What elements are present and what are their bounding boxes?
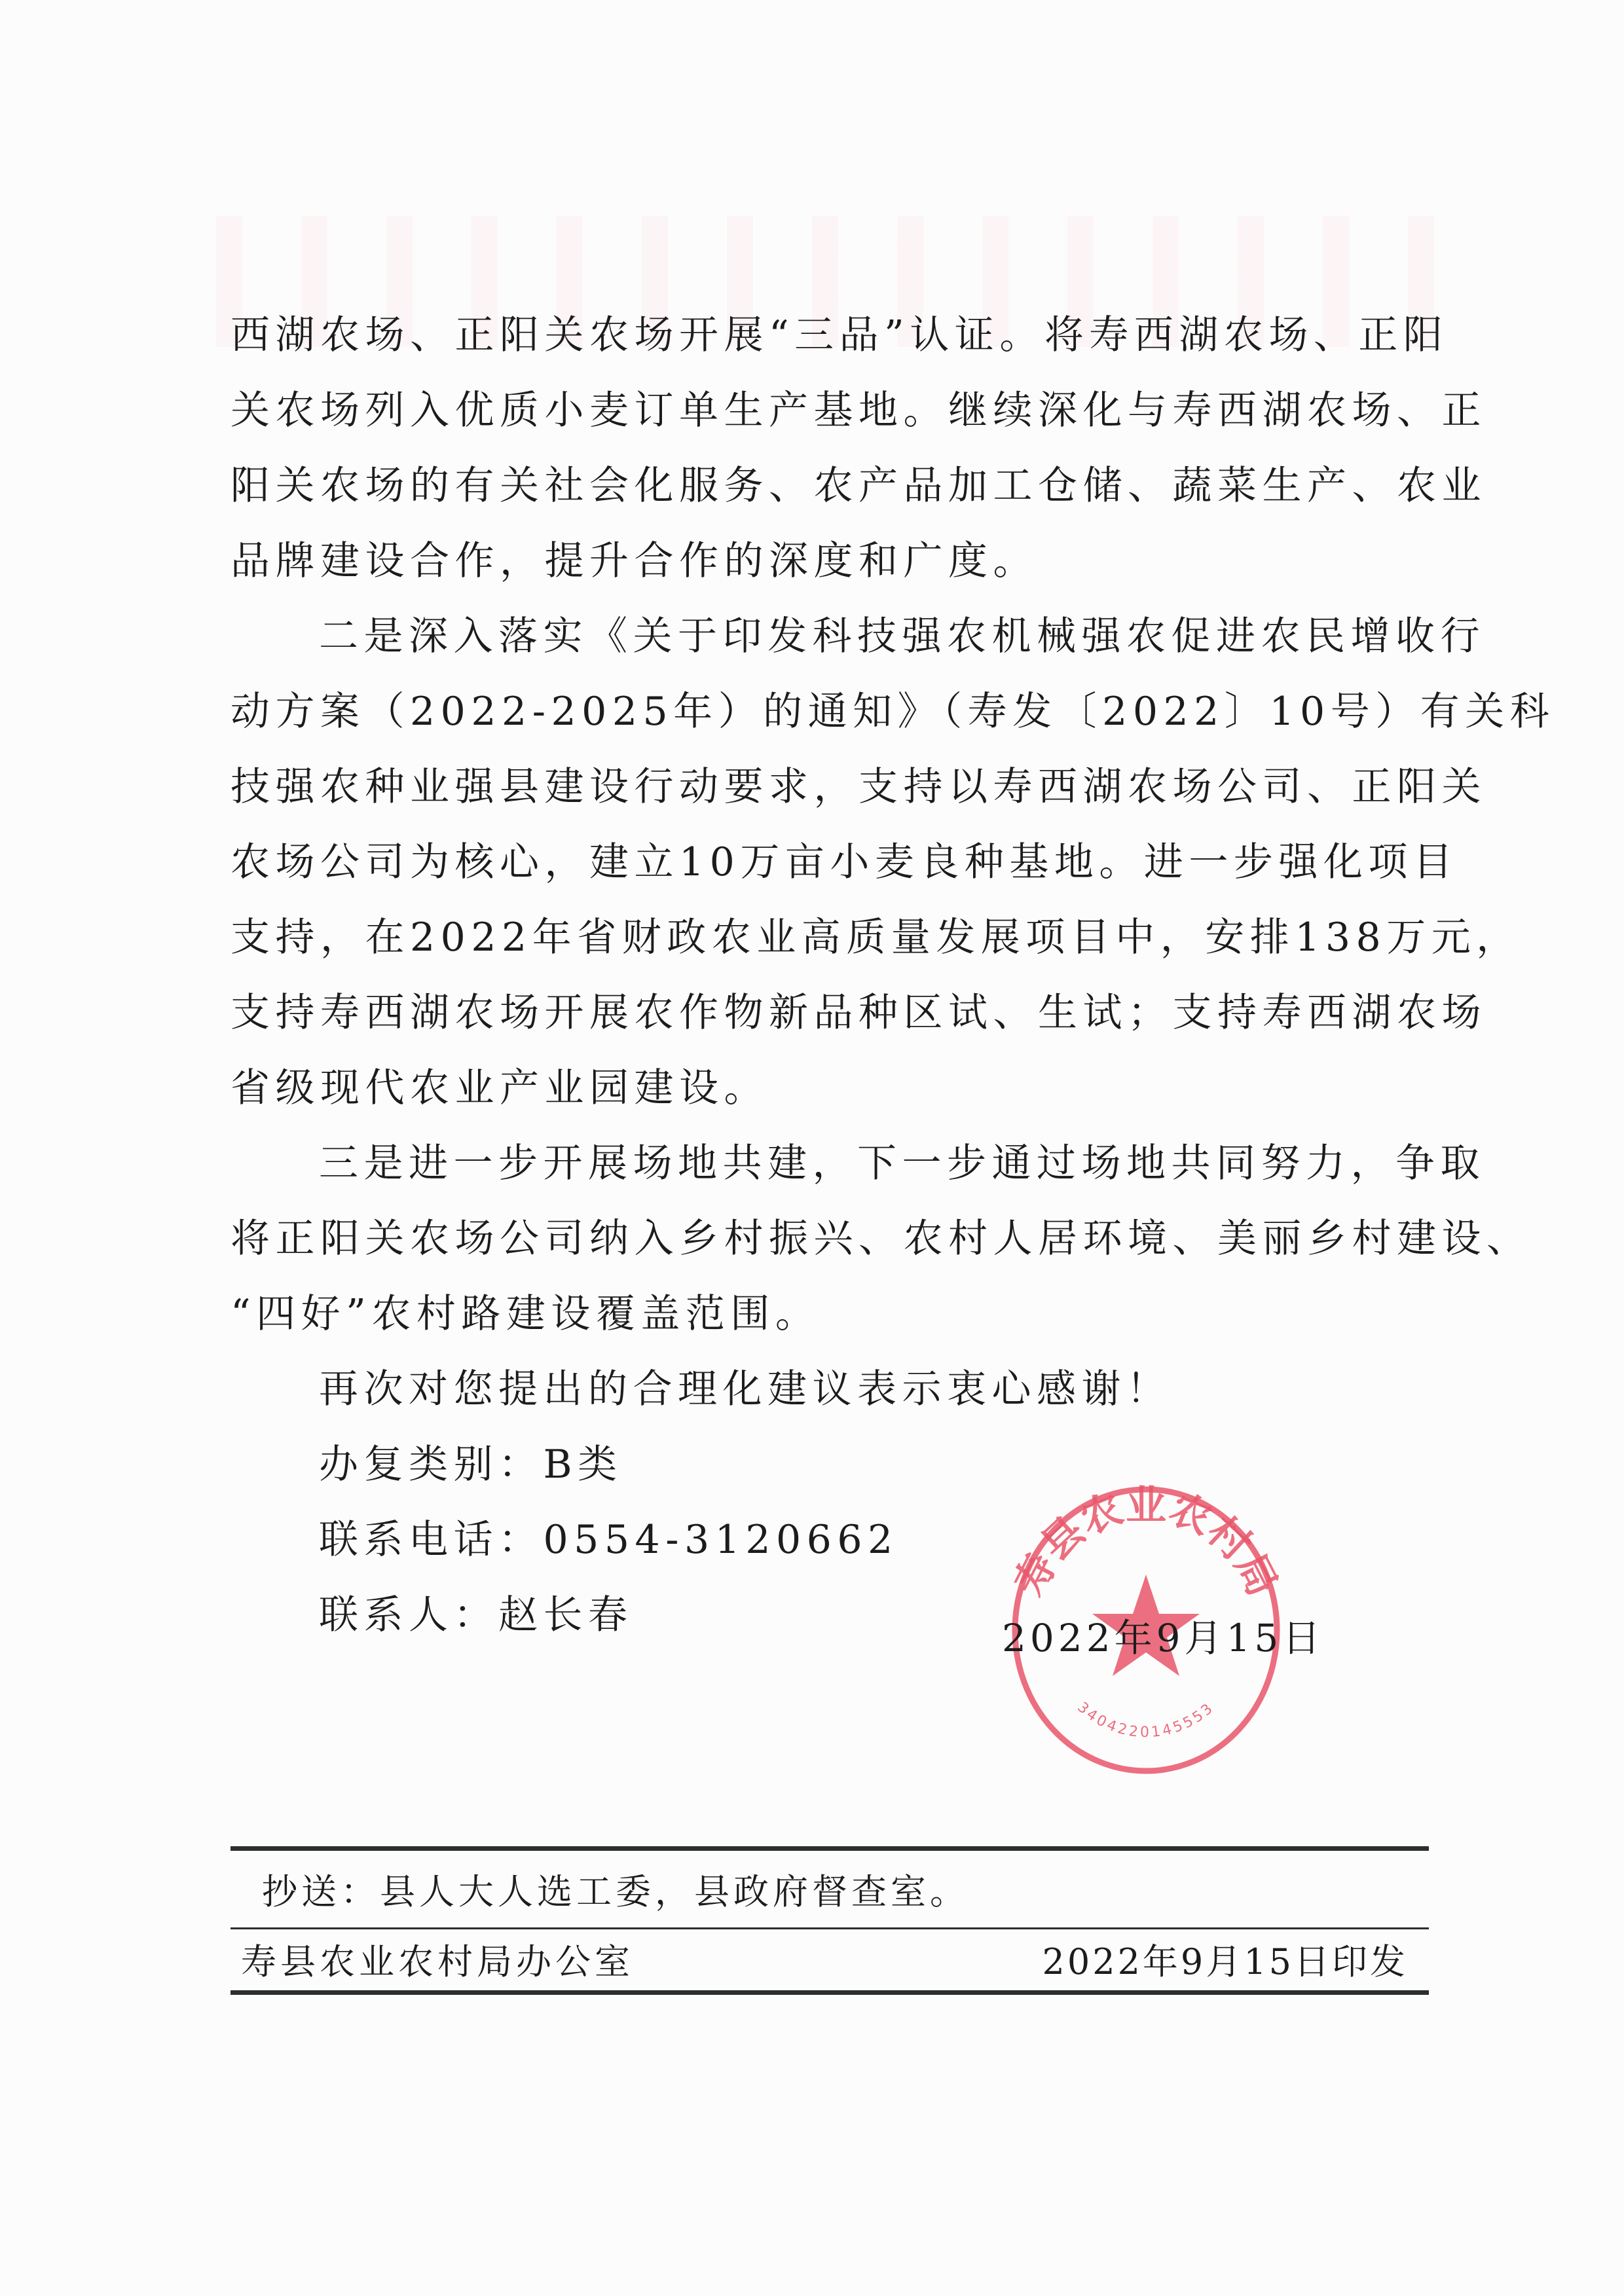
body-line: 将正阳关农场公司纳入乡村振兴、农村人居环境、美丽乡村建设、 — [231, 1201, 1429, 1277]
body-line: 动方案（2022-2025年）的通知》（寿发〔2022〕10号）有关科 — [231, 674, 1429, 750]
body-line: 品牌建设合作，提升合作的深度和广度。 — [231, 524, 1429, 599]
body-line: 关农场列入优质小麦订单生产基地。继续深化与寿西湖农场、正 — [231, 373, 1429, 448]
print-date: 2022年9月15日印发 — [1043, 1939, 1409, 1985]
seal-code: 3404220145553 — [1074, 1700, 1217, 1741]
document-page: 西湖农场、正阳关农场开展“三品”认证。将寿西湖农场、正阳 关农场列入优质小麦订单… — [0, 0, 1624, 2296]
letter-body: 西湖农场、正阳关农场开展“三品”认证。将寿西湖农场、正阳 关农场列入优质小麦订单… — [231, 298, 1429, 1653]
body-line: 农场公司为核心，建立10万亩小麦良种基地。进一步强化项目 — [231, 825, 1429, 900]
signature-date: 2022年9月15日 — [1002, 1607, 1324, 1662]
body-line: 二是深入落实《关于印发科技强农机械强农促进农民增收行 — [231, 599, 1429, 674]
body-line: 支持寿西湖农场开展农作物新品种区试、生试；支持寿西湖农场 — [231, 975, 1429, 1051]
issuing-office: 寿县农业农村局办公室 — [241, 1939, 634, 1985]
body-line: 省级现代农业产业园建设。 — [231, 1051, 1429, 1126]
body-line: “四好”农村路建设覆盖范围。 — [231, 1277, 1429, 1352]
body-line: 支持，在2022年省财政农业高质量发展项目中，安排138万元， — [231, 900, 1429, 975]
body-line: 阳关农场的有关社会化服务、农产品加工仓储、蔬菜生产、农业 — [231, 448, 1429, 524]
footer-middle-rule — [231, 1927, 1429, 1929]
cc-recipients: 抄送：县人大人选工委，县政府督查室。 — [262, 1869, 969, 1915]
body-line: 西湖农场、正阳关农场开展“三品”认证。将寿西湖农场、正阳 — [231, 298, 1429, 373]
footer-bottom-rule — [231, 1990, 1429, 1995]
body-line: 三是进一步开展场地共建，下一步通过场地共同努力，争取 — [231, 1126, 1429, 1201]
body-line: 技强农种业强县建设行动要求，支持以寿西湖农场公司、正阳关 — [231, 750, 1429, 825]
footer-top-rule — [231, 1846, 1429, 1851]
svg-text:3404220145553: 3404220145553 — [1074, 1700, 1217, 1741]
closing-thanks: 再次对您提出的合理化建议表示衷心感谢！ — [231, 1352, 1429, 1427]
